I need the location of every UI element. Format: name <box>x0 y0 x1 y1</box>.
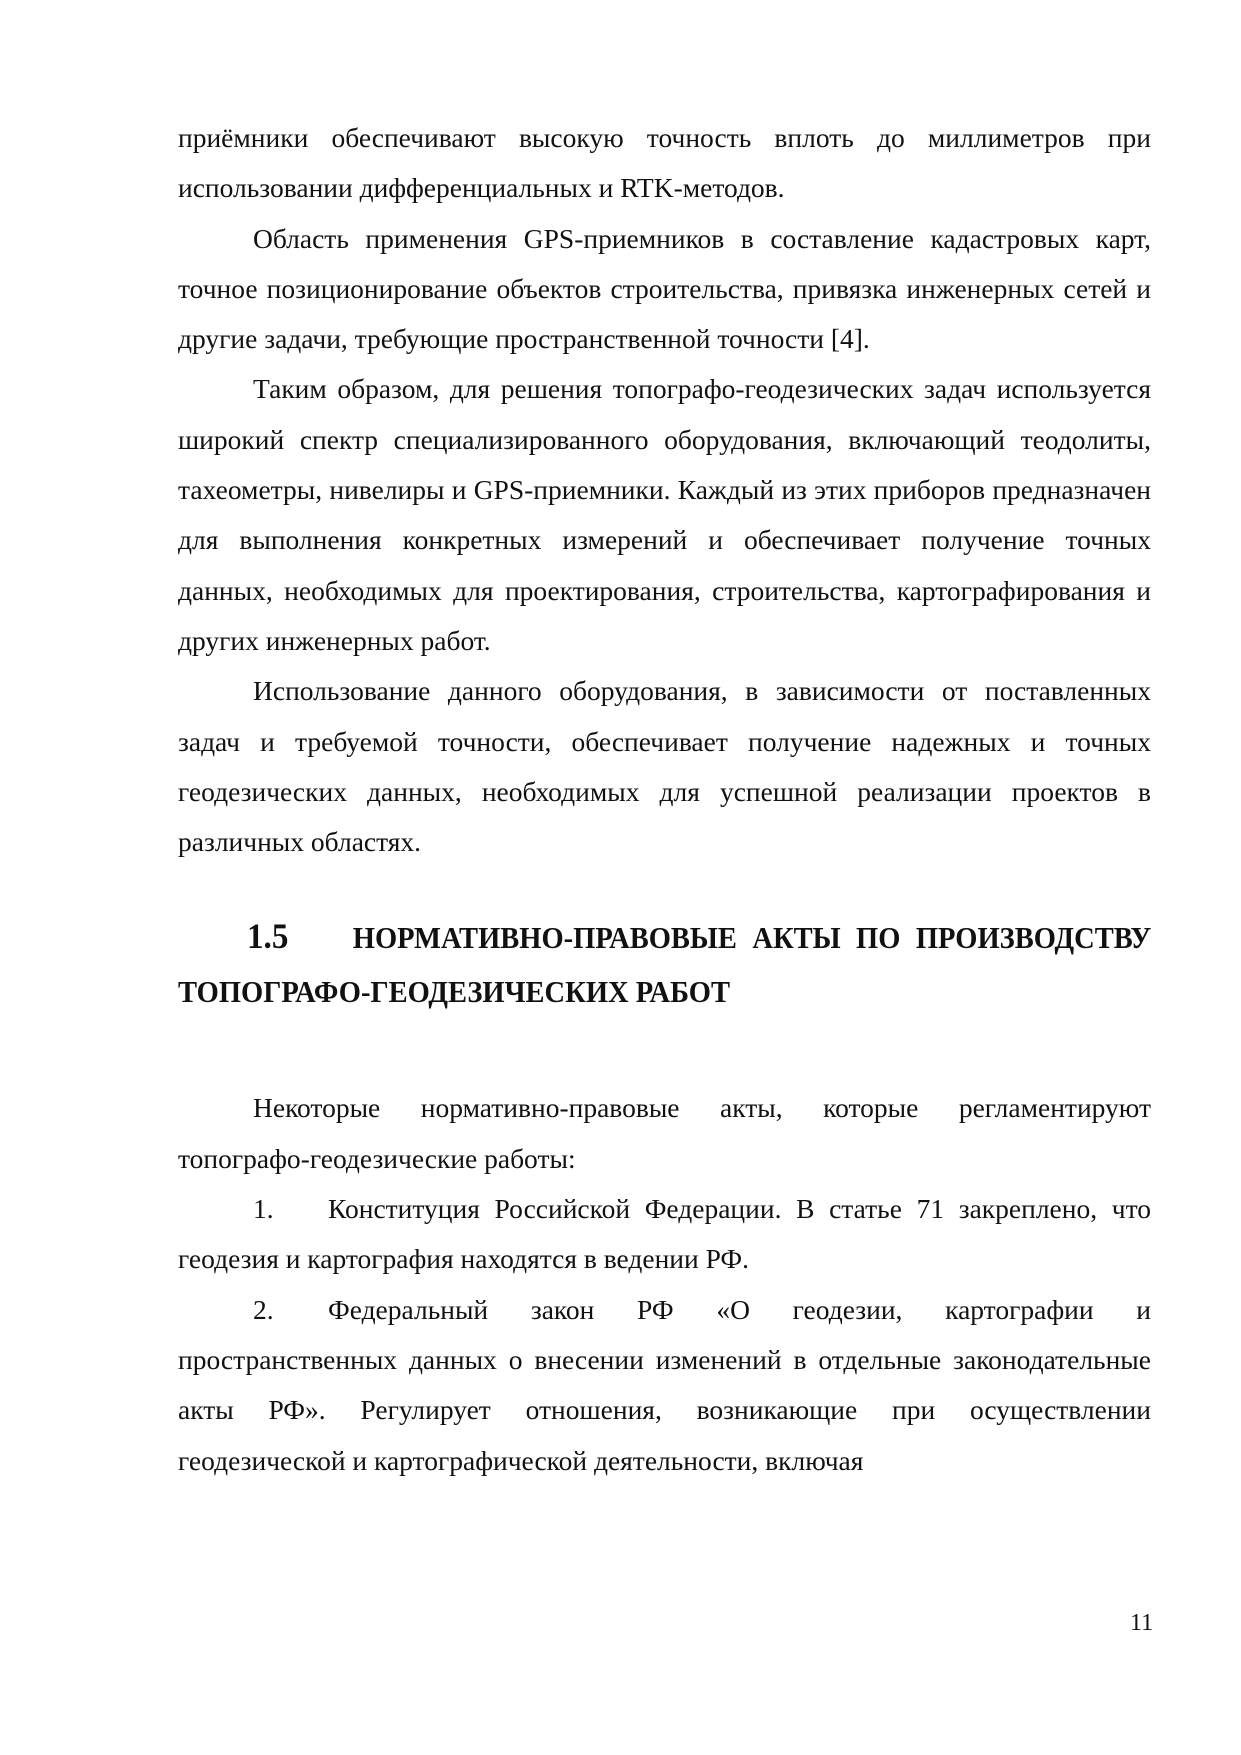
list-item: 1.Конституция Российской Федерации. В ст… <box>178 1184 1151 1285</box>
section-heading: 1.5НОРМАТИВНО-ПРАВОВЫЕ АКТЫ ПО ПРОИЗВОДС… <box>178 909 1151 1019</box>
paragraph: Область применения GPS-приемников в сост… <box>178 214 1151 365</box>
paragraph: Таким образом, для решения топографо-гео… <box>178 364 1151 666</box>
paragraph: Использование данного оборудования, в за… <box>178 666 1151 867</box>
paragraph: приёмники обеспечивают высокую точность … <box>178 113 1151 214</box>
list-marker: 1. <box>253 1184 328 1234</box>
section-number: 1.5 <box>178 909 288 963</box>
list-marker: 2. <box>253 1285 328 1335</box>
document-page: приёмники обеспечивают высокую точность … <box>0 0 1241 1755</box>
section-title: НОРМАТИВНО-ПРАВОВЫЕ АКТЫ ПО ПРОИЗВОДСТВУ… <box>178 920 1151 1009</box>
intro-paragraph: Некоторые нормативно-правовые акты, кото… <box>178 1083 1151 1184</box>
page-body: приёмники обеспечивают высокую точность … <box>178 113 1151 1486</box>
list-item: 2.Федеральный закон РФ «О геодезии, карт… <box>178 1285 1151 1486</box>
page-number: 11 <box>1130 1610 1153 1637</box>
